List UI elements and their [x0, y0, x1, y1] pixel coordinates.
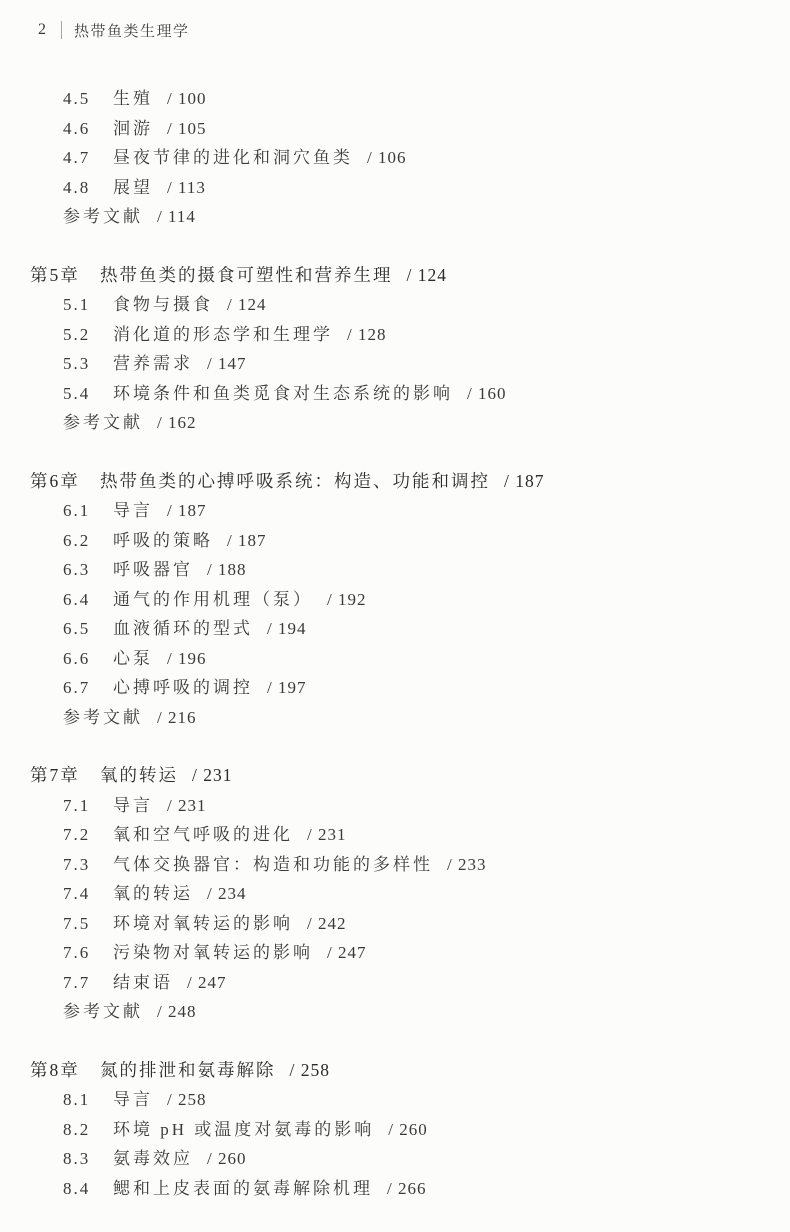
section-title: 通气的作用机理（泵） [113, 590, 313, 609]
references-label: 参考文献 [63, 207, 143, 226]
page-ref: / 247 [187, 973, 226, 992]
page-ref: / 196 [167, 649, 206, 668]
section-number: 6.6 [63, 644, 113, 674]
toc-block: 第6章热带鱼类的心搏呼吸系统：构造、功能和调控/ 1876.1导言/ 1876.… [30, 467, 775, 733]
section-number: 4.5 [63, 84, 113, 114]
toc-item-line: 5.3营养需求/ 147 [63, 349, 775, 379]
page-ref: / 113 [167, 178, 206, 197]
section-number: 6.7 [63, 673, 113, 703]
section-number: 4.6 [63, 114, 113, 144]
section-title: 心泵 [113, 649, 153, 668]
toc-block: 第8章氮的排泄和氨毒解除/ 2588.1导言/ 2588.2环境 pH 或温度对… [30, 1056, 775, 1204]
section-title: 呼吸器官 [113, 560, 193, 579]
page-ref: / 231 [192, 765, 233, 785]
section-number: 6.2 [63, 526, 113, 556]
page-ref: / 194 [267, 619, 306, 638]
toc-chapter-line: 第8章氮的排泄和氨毒解除/ 258 [30, 1056, 775, 1086]
page-ref: / 247 [327, 943, 366, 962]
toc-item-line: 6.5血液循环的型式/ 194 [63, 614, 775, 644]
page-ref: / 188 [207, 560, 246, 579]
section-title: 昼夜节律的进化和洞穴鱼类 [113, 148, 353, 167]
section-title: 结束语 [113, 973, 173, 992]
toc-item-line: 6.1导言/ 187 [63, 496, 775, 526]
section-number: 6.1 [63, 496, 113, 526]
page-ref: / 105 [167, 119, 206, 138]
page-ref: / 187 [167, 501, 206, 520]
section-number: 6.4 [63, 585, 113, 615]
toc-block: 第5章热带鱼类的摄食可塑性和营养生理/ 1245.1食物与摄食/ 1245.2消… [30, 261, 775, 438]
page-ref: / 124 [227, 295, 266, 314]
section-title: 导言 [113, 501, 153, 520]
section-title: 洄游 [113, 119, 153, 138]
page-ref: / 216 [157, 708, 196, 727]
section-title: 导言 [113, 1090, 153, 1109]
toc-references-line: 参考文献/ 114 [63, 202, 775, 232]
toc-chapter-line: 第6章热带鱼类的心搏呼吸系统：构造、功能和调控/ 187 [30, 467, 775, 497]
section-number: 7.1 [63, 791, 113, 821]
section-number: 6.5 [63, 614, 113, 644]
section-number: 5.3 [63, 349, 113, 379]
section-number: 7.6 [63, 938, 113, 968]
toc-references-line: 参考文献/ 248 [63, 997, 775, 1027]
section-title: 环境条件和鱼类觅食对生态系统的影响 [113, 384, 453, 403]
toc-item-line: 7.2氧和空气呼吸的进化/ 231 [63, 820, 775, 850]
page-ref: / 260 [388, 1120, 427, 1139]
section-number: 7.4 [63, 879, 113, 909]
page-ref: / 147 [207, 354, 246, 373]
section-number: 8.4 [63, 1174, 113, 1204]
chapter-title: 氮的排泄和氨毒解除 [100, 1060, 276, 1080]
toc-chapter-line: 第7章氧的转运/ 231 [30, 761, 775, 791]
page-ref: / 234 [207, 884, 246, 903]
toc-references-line: 参考文献/ 162 [63, 408, 775, 438]
page-ref: / 248 [157, 1002, 196, 1021]
toc-item-line: 4.7昼夜节律的进化和洞穴鱼类/ 106 [63, 143, 775, 173]
toc-block: 第7章氧的转运/ 2317.1导言/ 2317.2氧和空气呼吸的进化/ 2317… [30, 761, 775, 1027]
toc-item-line: 6.2呼吸的策略/ 187 [63, 526, 775, 556]
section-title: 导言 [113, 796, 153, 815]
section-number: 5.2 [63, 320, 113, 350]
page-ref: / 106 [367, 148, 406, 167]
section-number: 8.1 [63, 1085, 113, 1115]
toc-item-line: 6.6心泵/ 196 [63, 644, 775, 674]
section-number: 4.7 [63, 143, 113, 173]
section-title: 心搏呼吸的调控 [113, 678, 253, 697]
table-of-contents: 4.5生殖/ 1004.6洄游/ 1054.7昼夜节律的进化和洞穴鱼类/ 106… [30, 84, 775, 1203]
page-ref: / 233 [447, 855, 486, 874]
chapter-title: 热带鱼类的摄食可塑性和营养生理 [100, 265, 393, 285]
toc-item-line: 8.1导言/ 258 [63, 1085, 775, 1115]
chapter-label: 第7章 [30, 761, 100, 791]
toc-item-line: 5.2消化道的形态学和生理学/ 128 [63, 320, 775, 350]
toc-item-line: 4.8展望/ 113 [63, 173, 775, 203]
toc-item-line: 7.3气体交换器官：构造和功能的多样性/ 233 [63, 850, 775, 880]
section-number: 8.3 [63, 1144, 113, 1174]
section-title: 食物与摄食 [113, 295, 213, 314]
book-title: 热带鱼类生理学 [74, 20, 190, 41]
toc-item-line: 8.4鳃和上皮表面的氨毒解除机理/ 266 [63, 1174, 775, 1204]
section-title: 呼吸的策略 [113, 531, 213, 550]
toc-chapter-line: 第5章热带鱼类的摄食可塑性和营养生理/ 124 [30, 261, 775, 291]
section-title: 环境 pH 或温度对氨毒的影响 [113, 1120, 374, 1139]
toc-block: 4.5生殖/ 1004.6洄游/ 1054.7昼夜节律的进化和洞穴鱼类/ 106… [30, 84, 775, 232]
section-number: 7.2 [63, 820, 113, 850]
toc-item-line: 5.4环境条件和鱼类觅食对生态系统的影响/ 160 [63, 379, 775, 409]
book-page: 2 热带鱼类生理学 4.5生殖/ 1004.6洄游/ 1054.7昼夜节律的进化… [0, 0, 790, 1232]
running-header: 2 热带鱼类生理学 [38, 18, 190, 42]
header-divider [61, 21, 62, 39]
section-title: 氨毒效应 [113, 1149, 193, 1168]
section-title: 污染物对氧转运的影响 [113, 943, 313, 962]
section-number: 7.3 [63, 850, 113, 880]
page-ref: / 197 [267, 678, 306, 697]
toc-item-line: 4.5生殖/ 100 [63, 84, 775, 114]
toc-item-line: 5.1食物与摄食/ 124 [63, 290, 775, 320]
toc-item-line: 6.3呼吸器官/ 188 [63, 555, 775, 585]
toc-item-line: 7.7结束语/ 247 [63, 968, 775, 998]
section-title: 消化道的形态学和生理学 [113, 325, 333, 344]
references-label: 参考文献 [63, 708, 143, 727]
section-number: 7.5 [63, 909, 113, 939]
section-number: 5.1 [63, 290, 113, 320]
page-ref: / 162 [157, 413, 196, 432]
page-ref: / 100 [167, 89, 206, 108]
toc-item-line: 8.2环境 pH 或温度对氨毒的影响/ 260 [63, 1115, 775, 1145]
toc-item-line: 7.5环境对氧转运的影响/ 242 [63, 909, 775, 939]
toc-item-line: 7.6污染物对氧转运的影响/ 247 [63, 938, 775, 968]
page-ref: / 160 [467, 384, 506, 403]
page-ref: / 231 [307, 825, 346, 844]
page-number: 2 [38, 21, 48, 39]
page-ref: / 231 [167, 796, 206, 815]
section-title: 氧的转运 [113, 884, 193, 903]
page-ref: / 260 [207, 1149, 246, 1168]
chapter-title: 热带鱼类的心搏呼吸系统：构造、功能和调控 [100, 471, 490, 491]
toc-item-line: 8.3氨毒效应/ 260 [63, 1144, 775, 1174]
section-number: 4.8 [63, 173, 113, 203]
toc-item-line: 4.6洄游/ 105 [63, 114, 775, 144]
page-ref: / 114 [157, 207, 196, 226]
section-title: 氧和空气呼吸的进化 [113, 825, 293, 844]
section-title: 鳃和上皮表面的氨毒解除机理 [113, 1179, 373, 1198]
section-number: 8.2 [63, 1115, 113, 1145]
section-title: 生殖 [113, 89, 153, 108]
references-label: 参考文献 [63, 413, 143, 432]
section-number: 6.3 [63, 555, 113, 585]
page-ref: / 128 [347, 325, 386, 344]
page-ref: / 187 [227, 531, 266, 550]
section-title: 展望 [113, 178, 153, 197]
page-ref: / 242 [307, 914, 346, 933]
section-title: 血液循环的型式 [113, 619, 253, 638]
toc-item-line: 7.1导言/ 231 [63, 791, 775, 821]
toc-references-line: 参考文献/ 216 [63, 703, 775, 733]
section-number: 5.4 [63, 379, 113, 409]
page-ref: / 192 [327, 590, 366, 609]
section-title: 气体交换器官：构造和功能的多样性 [113, 855, 433, 874]
chapter-label: 第8章 [30, 1056, 100, 1086]
page-ref: / 258 [167, 1090, 206, 1109]
toc-item-line: 7.4氧的转运/ 234 [63, 879, 775, 909]
page-ref: / 266 [387, 1179, 426, 1198]
section-number: 7.7 [63, 968, 113, 998]
page-ref: / 258 [290, 1060, 331, 1080]
section-title: 环境对氧转运的影响 [113, 914, 293, 933]
section-title: 营养需求 [113, 354, 193, 373]
chapter-title: 氧的转运 [100, 765, 178, 785]
chapter-label: 第5章 [30, 261, 100, 291]
page-ref: / 187 [504, 471, 545, 491]
toc-item-line: 6.4通气的作用机理（泵）/ 192 [63, 585, 775, 615]
references-label: 参考文献 [63, 1002, 143, 1021]
toc-item-line: 6.7心搏呼吸的调控/ 197 [63, 673, 775, 703]
page-ref: / 124 [407, 265, 448, 285]
chapter-label: 第6章 [30, 467, 100, 497]
